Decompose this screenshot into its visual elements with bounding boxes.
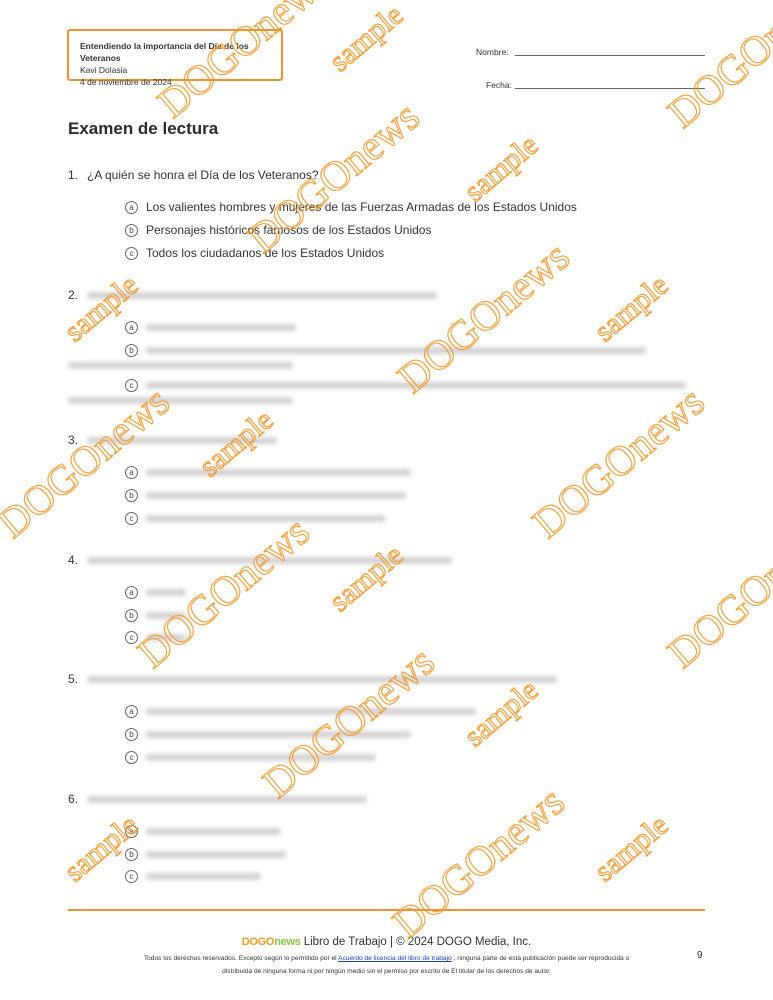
option-text: Los valientes hombres y mujeres de las F… — [146, 200, 577, 214]
option-bubble-a[interactable]: a — [125, 586, 138, 599]
footer-divider — [68, 909, 705, 911]
watermark-sample: sample — [323, 0, 410, 79]
option-2b[interactable]: b — [125, 343, 646, 357]
question-text-obscured — [87, 553, 452, 567]
option-bubble-b[interactable]: b — [125, 224, 138, 237]
legal-text-pre: Todos los derechos reservados. Excepto s… — [144, 955, 338, 962]
license-agreement-link[interactable]: Acuerdo de licencia del libro de trabajo — [338, 955, 452, 962]
option-bubble-b[interactable]: b — [125, 848, 138, 861]
question-text-obscured — [87, 792, 367, 806]
option-text-obscured — [146, 754, 376, 761]
option-5b[interactable]: b — [125, 727, 411, 741]
footer-brand-line: DOGOnews Libro de Trabajo | © 2024 DOGO … — [0, 936, 773, 948]
date-line[interactable] — [515, 88, 705, 89]
watermark-sample: sample — [588, 808, 675, 889]
option-text-obscured — [146, 589, 186, 596]
option-text-obscured — [146, 347, 646, 354]
date-field[interactable]: Fecha: — [486, 80, 512, 90]
question-text: ¿A quién se honra el Día de los Veterano… — [87, 168, 319, 182]
option-bubble-b[interactable]: b — [125, 609, 138, 622]
option-6b[interactable]: b — [125, 847, 286, 861]
option-1b[interactable]: bPersonajes históricos famosos de los Es… — [125, 223, 431, 237]
option-2c-cont — [68, 393, 293, 407]
option-text-obscured — [146, 634, 186, 641]
name-field[interactable]: Nombre: — [476, 47, 509, 57]
question-number: 5. — [68, 672, 78, 686]
option-4c[interactable]: c — [125, 630, 186, 644]
watermark-brand: DOGOnews — [659, 0, 773, 138]
watermark-sample: sample — [58, 268, 145, 349]
article-author: Kavi Dolasia — [80, 64, 281, 76]
option-2b-cont — [68, 358, 293, 372]
question-text-obscured — [87, 288, 437, 302]
option-6a[interactable]: a — [125, 824, 281, 838]
option-3b[interactable]: b — [125, 488, 406, 502]
watermark-sample: sample — [588, 268, 675, 349]
option-1a[interactable]: aLos valientes hombres y mujeres de las … — [125, 200, 577, 214]
watermark-brand: DOGOnews — [659, 508, 773, 678]
option-text-obscured — [146, 469, 411, 476]
option-5c[interactable]: c — [125, 750, 376, 764]
option-3a[interactable]: a — [125, 465, 411, 479]
question-number: 1. — [68, 168, 78, 182]
option-1c[interactable]: cTodos los ciudadanos de los Estados Uni… — [125, 246, 384, 260]
option-bubble-c[interactable]: c — [125, 379, 138, 392]
option-2a[interactable]: a — [125, 320, 296, 334]
option-bubble-a[interactable]: a — [125, 321, 138, 334]
brand-logo-dogo: DOGO — [242, 936, 274, 948]
option-4a[interactable]: a — [125, 585, 186, 599]
option-text-obscured — [146, 873, 261, 880]
option-bubble-c[interactable]: c — [125, 870, 138, 883]
option-text-obscured — [146, 492, 406, 499]
option-text-obscured — [146, 612, 186, 619]
option-text-obscured — [146, 731, 411, 738]
page-number: 9 — [697, 950, 703, 961]
option-text-obscured — [146, 324, 296, 331]
article-title: Entendiendo la importancia del Día de lo… — [80, 40, 281, 64]
watermark-brand: DOGOnews — [384, 778, 574, 948]
option-3c[interactable]: c — [125, 511, 386, 525]
footer-copyright: Libro de Trabajo | © 2024 DOGO Media, In… — [301, 936, 532, 948]
option-bubble-c[interactable]: c — [125, 751, 138, 764]
option-bubble-a[interactable]: a — [125, 705, 138, 718]
option-bubble-b[interactable]: b — [125, 344, 138, 357]
option-bubble-c[interactable]: c — [125, 631, 138, 644]
option-bubble-c[interactable]: c — [125, 247, 138, 260]
question-number: 4. — [68, 553, 78, 567]
question-number: 2. — [68, 288, 78, 302]
option-bubble-b[interactable]: b — [125, 489, 138, 502]
option-2c[interactable]: c — [125, 378, 686, 392]
question-number: 6. — [68, 792, 78, 806]
date-label: Fecha: — [486, 80, 512, 90]
option-text-obscured — [146, 382, 686, 389]
option-text-obscured — [146, 708, 476, 715]
option-5a[interactable]: a — [125, 704, 476, 718]
option-text-obscured — [146, 515, 386, 522]
watermark-sample: sample — [323, 538, 410, 619]
option-4b[interactable]: b — [125, 608, 186, 622]
page-title: Examen de lectura — [68, 119, 218, 139]
watermark-brand: DOGOnews — [254, 638, 444, 808]
watermark-brand: DOGOnews — [524, 378, 714, 548]
option-bubble-b[interactable]: b — [125, 728, 138, 741]
option-text-obscured — [146, 851, 286, 858]
footer-legal: Todos los derechos reservados. Excepto s… — [140, 952, 633, 978]
option-bubble-a[interactable]: a — [125, 825, 138, 838]
question-number: 3. — [68, 433, 78, 447]
name-line[interactable] — [515, 55, 705, 56]
option-bubble-a[interactable]: a — [125, 201, 138, 214]
option-bubble-c[interactable]: c — [125, 512, 138, 525]
question-text-obscured — [87, 433, 277, 447]
name-label: Nombre: — [476, 47, 509, 57]
article-date: 4 de noviembre de 2024 — [80, 76, 281, 88]
option-text: Personajes históricos famosos de los Est… — [146, 223, 431, 237]
option-text-obscured — [146, 828, 281, 835]
article-info-box: Entendiendo la importancia del Día de lo… — [67, 29, 283, 81]
watermark-sample: sample — [458, 128, 545, 209]
question-text-obscured — [87, 672, 557, 686]
option-6c[interactable]: c — [125, 869, 261, 883]
brand-logo-news: news — [274, 936, 300, 948]
option-text: Todos los ciudadanos de los Estados Unid… — [146, 246, 384, 260]
option-bubble-a[interactable]: a — [125, 466, 138, 479]
